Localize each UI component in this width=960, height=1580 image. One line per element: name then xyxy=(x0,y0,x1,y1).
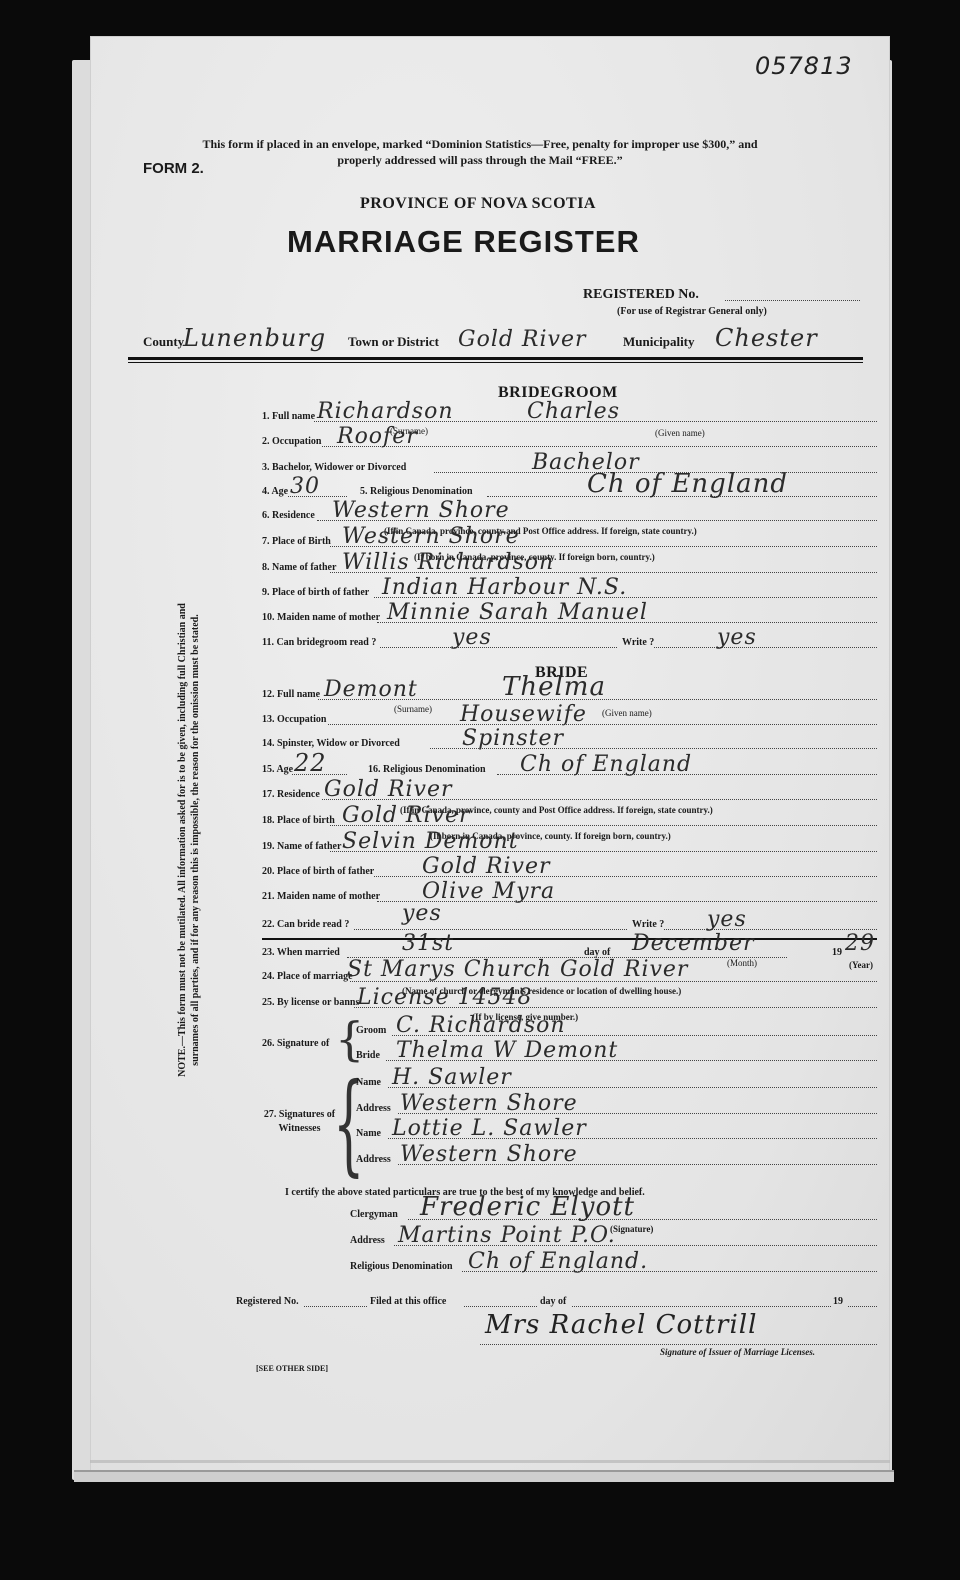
field-label: Name xyxy=(356,1077,381,1088)
bride-father-row: 19. Name of father Selvin Demont xyxy=(262,832,877,856)
witness-1-name-row: Name H. Sawler xyxy=(356,1068,877,1092)
field-label: 1. Full name xyxy=(262,411,315,422)
filed-date-field[interactable] xyxy=(464,1306,537,1307)
groom-literacy-row: 11. Can bridegroom read ? yes Write ? ye… xyxy=(262,628,877,652)
sheet-edge xyxy=(74,1470,894,1482)
filed-month-field[interactable] xyxy=(572,1306,831,1307)
field-label: 23. When married xyxy=(262,947,340,958)
license-row: 25. By license or banns License 14548 (I… xyxy=(262,988,877,1012)
field-label: 10. Maiden name of mother xyxy=(262,612,380,623)
side-note: NOTE.—This form must not be mutilated. A… xyxy=(176,520,202,1160)
groom-age[interactable]: 30 xyxy=(290,474,320,499)
clergyman-address[interactable]: Martins Point P.O. xyxy=(398,1223,616,1248)
signature-of-label: 26. Signature of xyxy=(262,1038,329,1049)
field-label: Registered No. xyxy=(236,1296,299,1307)
field-label: 20. Place of birth of father xyxy=(262,866,374,877)
witnesses-label-line2: Witnesses xyxy=(262,1122,337,1136)
field-label: 8. Name of father xyxy=(262,562,336,573)
filing-registered-no-field[interactable] xyxy=(304,1306,367,1307)
groom-residence-row: 6. Residence Western Shore (If in Canada… xyxy=(262,501,877,525)
form-number: FORM 2. xyxy=(143,160,204,177)
registered-no-field[interactable] xyxy=(725,300,860,301)
bride-birthplace[interactable]: Gold River xyxy=(342,803,471,828)
field-label: 13. Occupation xyxy=(262,714,326,725)
field-label: 18. Place of birth xyxy=(262,815,335,826)
bride-can-read[interactable]: yes xyxy=(402,901,442,926)
groom-birthplace-row: 7. Place of Birth Western Shore (If born… xyxy=(262,527,877,551)
groom-can-read[interactable]: yes xyxy=(452,625,492,650)
field-label: 22. Can bride read ? xyxy=(262,919,349,930)
field-label: Name xyxy=(356,1128,381,1139)
witness-2-address[interactable]: Western Shore xyxy=(400,1142,578,1167)
clergyman-denomination-row: Religious Denomination Ch of England. xyxy=(350,1252,877,1276)
field-label: Filed at this office xyxy=(370,1296,446,1307)
county-value[interactable]: Lunenburg xyxy=(183,324,326,352)
field-label: 5. Religious Denomination xyxy=(360,486,473,497)
field-label: 14. Spinster, Widow or Divorced xyxy=(262,738,400,749)
fold-crease xyxy=(90,1460,890,1463)
field-label: 17. Residence xyxy=(262,789,320,800)
field-label: 25. By license or banns xyxy=(262,997,359,1008)
field-label: 24. Place of marriage xyxy=(262,971,353,982)
field-label: 16. Religious Denomination xyxy=(368,764,486,775)
field-label: day of xyxy=(540,1296,566,1307)
license-number[interactable]: License 14548 xyxy=(357,985,532,1010)
field-label: Address xyxy=(350,1235,385,1246)
field-label: Religious Denomination xyxy=(350,1261,453,1272)
field-label: 11. Can bridegroom read ? xyxy=(262,637,376,648)
groom-father-birthplace[interactable]: Indian Harbour N.S. xyxy=(382,575,627,600)
archive-number: 057813 xyxy=(755,52,853,80)
groom-father-birthplace-row: 9. Place of birth of father Indian Harbo… xyxy=(262,578,877,602)
clergyman-row: Clergyman Frederic Elyott (Signature) xyxy=(350,1200,877,1224)
bride-residence-row: 17. Residence Gold River (If in Canada, … xyxy=(262,780,877,804)
header-divider xyxy=(128,357,863,360)
clergyman-address-row: Address Martins Point P.O. xyxy=(350,1226,877,1250)
issuer-signature-line xyxy=(480,1344,877,1345)
marriage-month[interactable]: December xyxy=(632,931,754,956)
field-label: 2. Occupation xyxy=(262,436,321,447)
witnesses-label: 27. Signatures of Witnesses xyxy=(262,1108,337,1136)
bride-literacy-row: 22. Can bride read ? yes Write ? yes xyxy=(262,910,877,934)
groom-occupation-row: 2. Occupation Roofer xyxy=(262,427,877,451)
bride-residence[interactable]: Gold River xyxy=(324,777,453,802)
municipality-value[interactable]: Chester xyxy=(715,324,818,352)
field-label: Address xyxy=(356,1154,391,1165)
county-label: County xyxy=(143,334,184,350)
groom-full-name-row: 1. Full name Richardson Charles (Surname… xyxy=(262,402,877,426)
field-label: Clergyman xyxy=(350,1209,398,1220)
marriage-day[interactable]: 31st xyxy=(402,931,454,956)
field-label: 12. Full name xyxy=(262,689,320,700)
mail-notice: This form if placed in an envelope, mark… xyxy=(130,136,830,168)
bride-religion[interactable]: Ch of England xyxy=(520,752,692,777)
bride-birthplace-row: 18. Place of birth Gold River (If born i… xyxy=(262,806,877,830)
groom-given-name[interactable]: Charles xyxy=(527,399,620,424)
clergyman-denomination[interactable]: Ch of England. xyxy=(468,1249,648,1274)
bride-age[interactable]: 22 xyxy=(294,749,327,777)
mail-notice-line2: properly addressed will pass through the… xyxy=(130,152,830,168)
groom-mother-row: 10. Maiden name of mother Minnie Sarah M… xyxy=(262,603,877,627)
bride-surname[interactable]: Demont xyxy=(324,677,418,702)
registered-no-label: REGISTERED No. xyxy=(583,287,699,303)
bride-father-name[interactable]: Selvin Demont xyxy=(342,829,519,854)
year-prefix: 19 xyxy=(833,1296,843,1307)
bride-full-name-row: 12. Full name Demont Thelma (Surname) (G… xyxy=(262,680,877,704)
filing-row: Registered No. Filed at this office day … xyxy=(236,1287,877,1311)
groom-signature[interactable]: C. Richardson xyxy=(396,1013,566,1038)
mail-notice-line1: This form if placed in an envelope, mark… xyxy=(130,136,830,152)
witness-2-name[interactable]: Lottie L. Sawler xyxy=(392,1116,587,1141)
side-note-line2: surnames of all parties, and if for any … xyxy=(189,520,202,1160)
witness-1-address[interactable]: Western Shore xyxy=(400,1091,578,1116)
witnesses-label-line1: 27. Signatures of xyxy=(262,1108,337,1122)
groom-signature-row: Groom C. Richardson xyxy=(356,1016,877,1040)
issuer-signature[interactable]: Mrs Rachel Cottrill xyxy=(485,1310,757,1340)
field-label: Write ? xyxy=(622,637,654,648)
witness-1-address-row: Address Western Shore xyxy=(356,1094,877,1118)
field-label: 6. Residence xyxy=(262,510,315,521)
month-hint: (Month) xyxy=(727,958,757,968)
witness-2-address-row: Address Western Shore xyxy=(356,1145,877,1169)
field-label: Write ? xyxy=(632,919,664,930)
province-heading: PROVINCE OF NOVA SCOTIA xyxy=(360,195,596,213)
bride-signature-row: Bride Thelma W Demont xyxy=(356,1041,877,1065)
header-divider-thin xyxy=(128,362,863,363)
groom-mother-maiden-name[interactable]: Minnie Sarah Manuel xyxy=(387,600,648,625)
field-label: Groom xyxy=(356,1025,386,1036)
bride-signature[interactable]: Thelma W Demont xyxy=(396,1038,618,1063)
field-label: 3. Bachelor, Widower or Divorced xyxy=(262,462,406,473)
field-label: Address xyxy=(356,1103,391,1114)
bride-status-row: 14. Spinster, Widow or Divorced Spinster xyxy=(262,729,877,753)
issuer-hint: Signature of Issuer of Marriage Licenses… xyxy=(660,1347,815,1357)
groom-religion[interactable]: Ch of England xyxy=(587,469,788,499)
bride-occupation[interactable]: Housewife xyxy=(460,702,587,727)
field-label: 15. Age xyxy=(262,764,293,775)
location-row: County Lunenburg Town or District Gold R… xyxy=(143,326,863,352)
field-label: 21. Maiden name of mother xyxy=(262,891,380,902)
field-label: 7. Place of Birth xyxy=(262,536,331,547)
marriage-year[interactable]: 29 xyxy=(845,931,875,956)
clergyman-signature[interactable]: Frederic Elyott xyxy=(420,1192,635,1222)
bride-father-birthplace-row: 20. Place of birth of father Gold River xyxy=(262,857,877,881)
bride-marital-status[interactable]: Spinster xyxy=(462,726,564,751)
bride-father-birthplace[interactable]: Gold River xyxy=(422,854,551,879)
groom-occupation[interactable]: Roofer xyxy=(337,424,418,449)
bride-can-write[interactable]: yes xyxy=(707,907,747,932)
groom-birthplace[interactable]: Western Shore xyxy=(342,524,520,549)
bride-occupation-row: 13. Occupation Housewife xyxy=(262,705,877,729)
town-label: Town or District xyxy=(348,334,439,350)
bride-age-row: 15. Age 22 16. Religious Denomination Ch… xyxy=(262,755,877,779)
field-label: 9. Place of birth of father xyxy=(262,587,369,598)
bride-mother-row: 21. Maiden name of mother Olive Myra xyxy=(262,882,877,906)
field-label: 4. Age xyxy=(262,486,288,497)
place-of-marriage-row: 24. Place of marriage St Marys Church Go… xyxy=(262,962,877,986)
filed-year-field[interactable] xyxy=(848,1306,877,1307)
witness-1-name[interactable]: H. Sawler xyxy=(392,1065,512,1090)
groom-residence[interactable]: Western Shore xyxy=(332,498,510,523)
town-value[interactable]: Gold River xyxy=(458,327,587,352)
side-note-line1: NOTE.—This form must not be mutilated. A… xyxy=(176,520,189,1160)
page-title: MARRIAGE REGISTER xyxy=(287,224,640,260)
see-other-side: [SEE OTHER SIDE] xyxy=(256,1364,328,1373)
place-of-marriage[interactable]: St Marys Church Gold River xyxy=(347,957,688,982)
registrar-note: (For use of Registrar General only) xyxy=(617,306,767,317)
witness-2-name-row: Name Lottie L. Sawler xyxy=(356,1119,877,1143)
groom-surname[interactable]: Richardson xyxy=(317,399,454,424)
year-prefix: 19 xyxy=(832,947,842,958)
groom-can-write[interactable]: yes xyxy=(717,625,757,650)
municipality-label: Municipality xyxy=(623,334,695,350)
groom-father-row: 8. Name of father Willis Richardson xyxy=(262,553,877,577)
bride-given-name[interactable]: Thelma xyxy=(502,672,606,702)
year-hint: (Year) xyxy=(849,960,873,970)
groom-father-name[interactable]: Willis Richardson xyxy=(342,550,554,575)
